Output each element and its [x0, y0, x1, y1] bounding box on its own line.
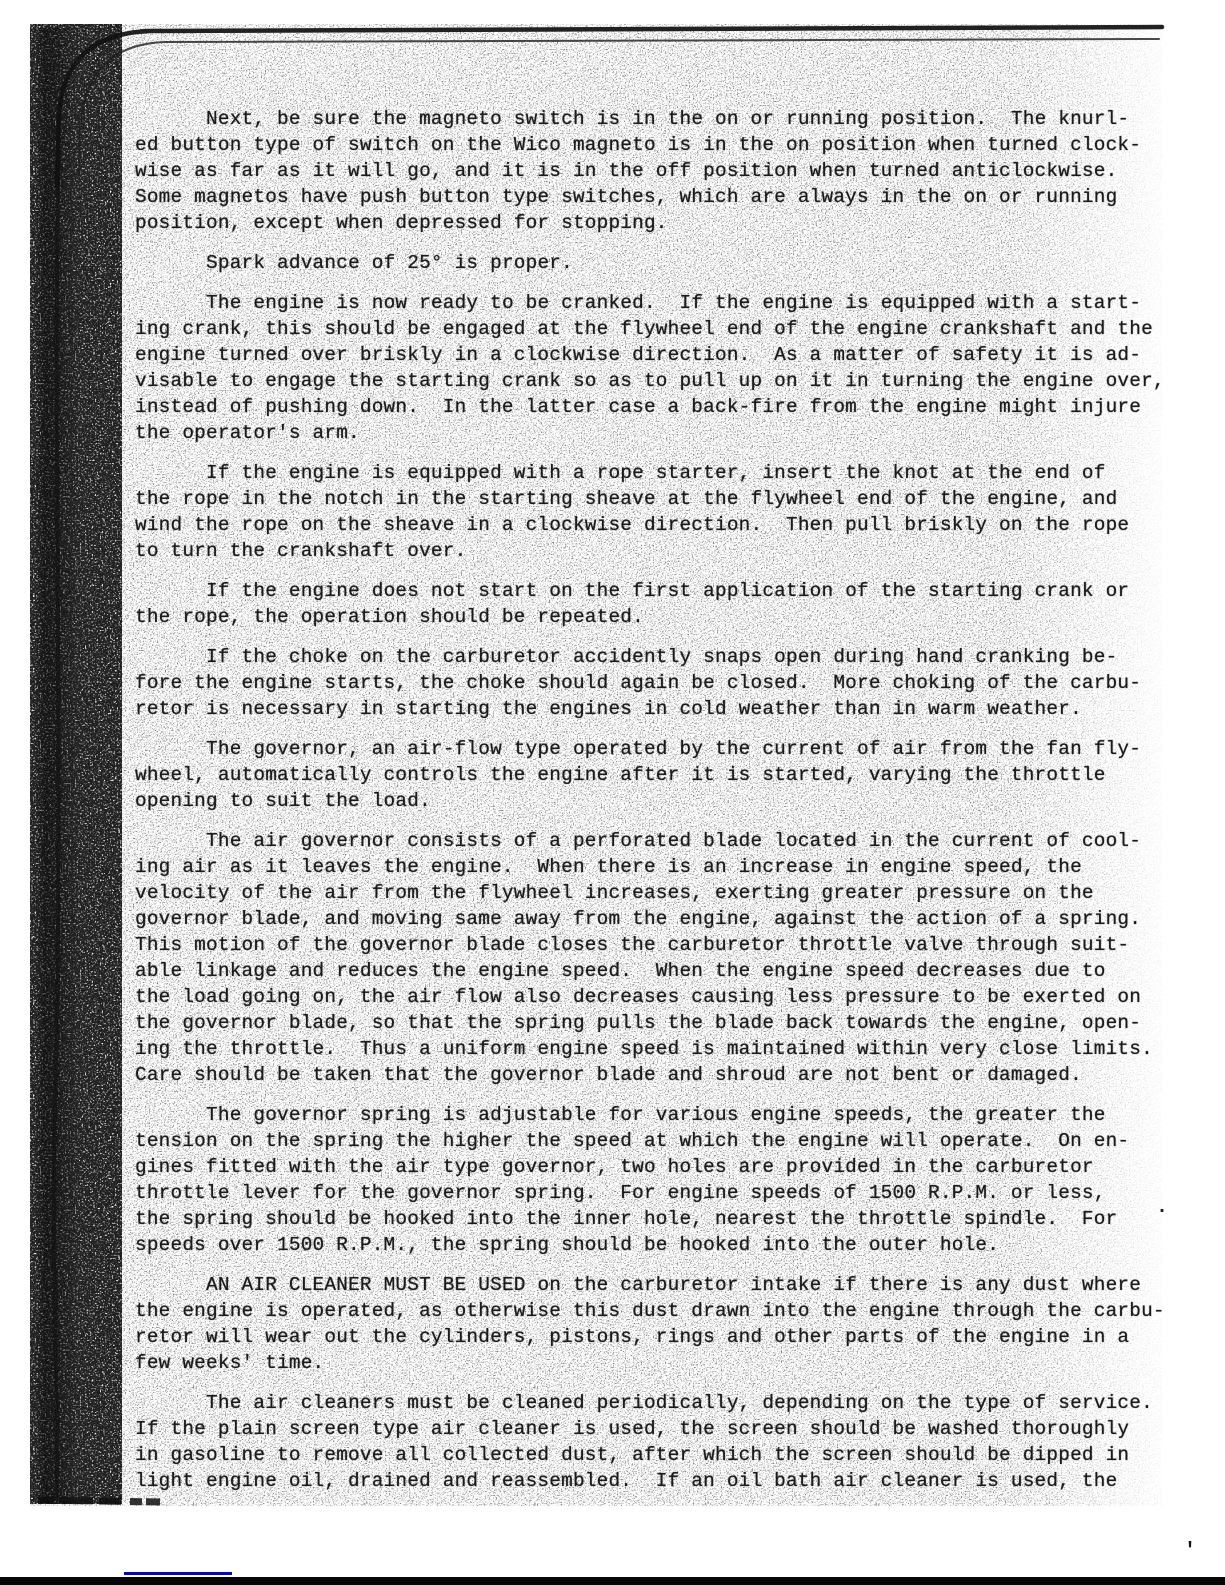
scanned-page: Next, be sure the magneto switch is in t… — [0, 0, 1225, 1585]
left-binding-shadow — [36, 28, 98, 1504]
paragraph-repeat-start: If the engine does not start on the firs… — [135, 578, 1180, 630]
paragraph-choke: If the choke on the carburetor accidentl… — [135, 644, 1180, 722]
paragraph-governor-spring: The governor spring is adjustable for va… — [135, 1102, 1180, 1258]
paragraph-governor-intro: The governor, an air-flow type operated … — [135, 736, 1180, 814]
paragraph-starting-crank: The engine is now ready to be cranked. I… — [135, 290, 1180, 446]
paragraph-rope-starter: If the engine is equipped with a rope st… — [135, 460, 1180, 564]
footer-blue-underline — [124, 1572, 232, 1575]
paragraph-magneto-switch: Next, be sure the magneto switch is in t… — [135, 106, 1180, 236]
paragraph-air-governor: The air governor consists of a perforate… — [135, 828, 1180, 1088]
paragraph-air-cleaner-required: AN AIR CLEANER MUST BE USED on the carbu… — [135, 1272, 1180, 1376]
paragraph-spark-advance: Spark advance of 25° is proper. — [135, 250, 1180, 276]
scan-artifact-mark: ' — [1184, 1540, 1196, 1563]
page-text-column: Next, be sure the magneto switch is in t… — [135, 106, 1180, 1508]
scan-artifact-dot: . — [1156, 1196, 1168, 1219]
bottom-scan-edge — [0, 1577, 1225, 1585]
paragraph-air-cleaner-service: The air cleaners must be cleaned periodi… — [135, 1390, 1180, 1494]
